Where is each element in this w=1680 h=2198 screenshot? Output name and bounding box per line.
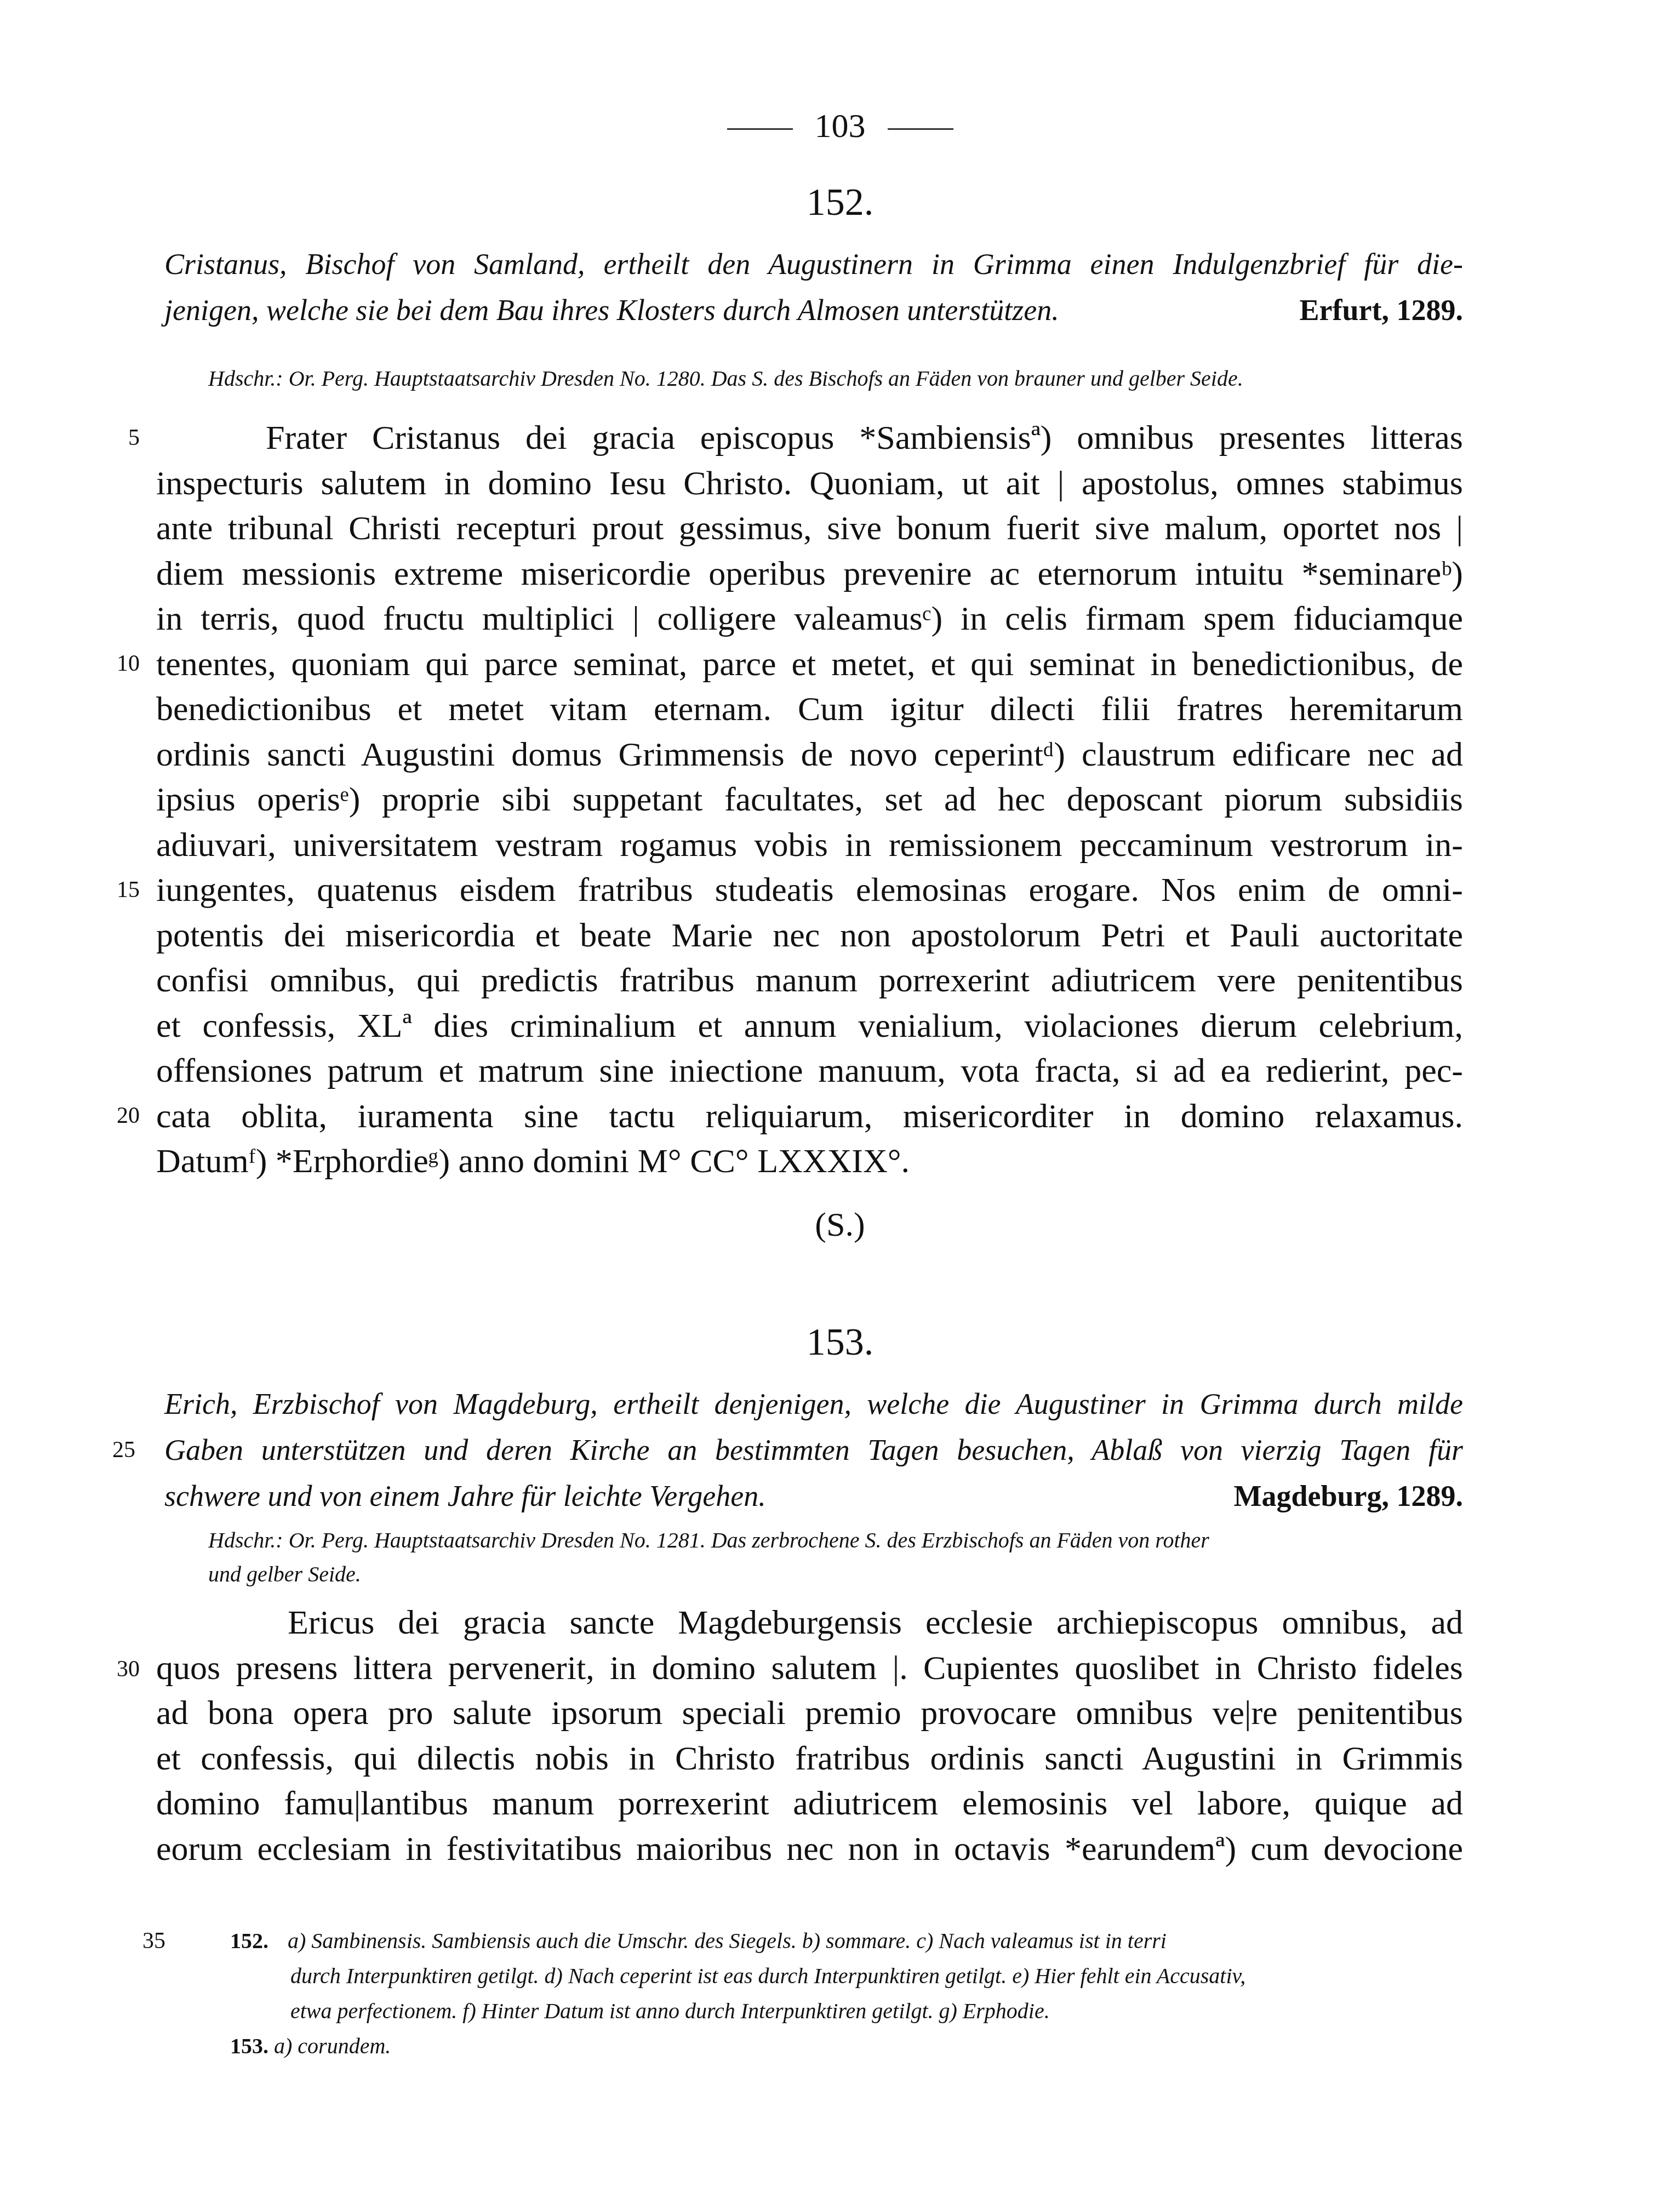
text-line: potentis dei misericordia et beate Marie… (156, 913, 1463, 958)
footnotes: 35 152. a) Sambinensis. Sambiensis auch … (164, 1923, 1463, 2064)
regest-line: Cristanus, Bischof von Samland, ertheilt… (164, 241, 1463, 287)
text-line: ad bona opera pro salute ipsorum special… (156, 1691, 1463, 1736)
place-date: Magdeburg, 1289. (1234, 1473, 1464, 1519)
footnote-line: 152. a) Sambinensis. Sambiensis auch die… (164, 1923, 1463, 1959)
footnote-text: a) corundem. (274, 2034, 391, 2058)
line-number: 10 (107, 641, 140, 687)
footnote-line: 153. a) corundem. (164, 2029, 1463, 2064)
text-line: Ericus dei gracia sancte Magdeburgensis … (156, 1600, 1463, 1646)
document-page: 103 152. Cristanus, Bischof von Samland,… (0, 0, 1680, 2198)
page-number: 103 (0, 107, 1680, 146)
line-number: 25 (112, 1427, 135, 1473)
text-line: confisi omnibus, qui predictis fratribus… (156, 958, 1463, 1003)
doc-153-regest: 25 Erich, Erzbischof von Magdeburg, erth… (164, 1381, 1463, 1519)
footnote-label: 153. (230, 2034, 268, 2058)
text-line: ante tribunal Christi recepturi prout ge… (156, 506, 1463, 551)
rule-left (727, 128, 793, 130)
text-line: Datumᶠ) *Erphordieᵍ) anno domini M° CC° … (156, 1139, 1463, 1184)
text-line: diem messionis extreme misericordie oper… (156, 551, 1463, 597)
text-line: domino famu|lantibus manum porrexerint a… (156, 1781, 1463, 1826)
doc-152-number: 152. (0, 181, 1680, 225)
text-line: iungentes, quatenus eisdem fratribus stu… (156, 867, 1463, 913)
note-line: und gelber Seide. (208, 1557, 1463, 1591)
text-line: benedictionibus et metet vitam eternam. … (156, 687, 1463, 732)
doc-152-text: 5 10 15 20 Frater Cristanus dei gracia e… (156, 415, 1463, 1184)
text-line: adiuvari, universitatem vestram rogamus … (156, 823, 1463, 868)
text-line: quos presens littera pervenerit, in domi… (156, 1646, 1463, 1691)
text-line: ipsius operisᵉ) proprie sibi suppetant f… (156, 777, 1463, 823)
text-line: Frater Cristanus dei gracia episcopus *S… (156, 415, 1463, 461)
text-line: et confessis, qui dilectis nobis in Chri… (156, 1736, 1463, 1782)
text-line: et confessis, XLª dies criminalium et an… (156, 1003, 1463, 1049)
line-number: 35 (142, 1923, 165, 1959)
doc-153-manuscript-note: Hdschr.: Or. Perg. Hauptstaatsarchiv Dre… (208, 1523, 1463, 1591)
footnote-text: durch Interpunktiren getilgt. d) Nach ce… (164, 1959, 1463, 1994)
text-line: tenentes, quoniam qui parce seminat, par… (156, 642, 1463, 687)
place-date: Erfurt, 1289. (1300, 287, 1463, 333)
regest-line: Gaben unterstützen und deren Kirche an b… (164, 1427, 1463, 1473)
footnote-label: 152. (230, 1923, 268, 1959)
footnote-text: a) Sambinensis. Sambiensis auch die Umsc… (227, 1928, 1167, 1953)
regest-line: Erich, Erzbischof von Magdeburg, ertheil… (164, 1381, 1463, 1427)
text-line: inspecturis salutem in domino Iesu Chris… (156, 461, 1463, 506)
doc-152-manuscript-note: Hdschr.: Or. Perg. Hauptstaatsarchiv Dre… (208, 362, 1463, 396)
doc-152-regest: Cristanus, Bischof von Samland, ertheilt… (164, 241, 1463, 333)
line-number: 30 (107, 1647, 140, 1692)
note-line: Hdschr.: Or. Perg. Hauptstaatsarchiv Dre… (208, 1523, 1463, 1557)
text-line: cata oblita, iuramenta sine tactu reliqu… (156, 1094, 1463, 1139)
regest-line: jenigen, welche sie bei dem Bau ihres Kl… (164, 294, 1059, 327)
text-line: ordinis sancti Augustini domus Grimmensi… (156, 732, 1463, 778)
doc-153-text: 30 Ericus dei gracia sancte Magdeburgens… (156, 1600, 1463, 1871)
line-number: 15 (107, 867, 140, 913)
text-line: in terris, quod fructu multiplici | coll… (156, 596, 1463, 642)
line-number: 5 (107, 415, 140, 461)
doc-153-number: 153. (0, 1321, 1680, 1365)
line-number: 20 (107, 1093, 140, 1139)
text-line: offensiones patrum et matrum sine iniect… (156, 1048, 1463, 1094)
footnote-text: etwa perfectionem. f) Hinter Datum ist a… (164, 1994, 1463, 2029)
seal-mark: (S.) (0, 1206, 1680, 1244)
text-line: eorum ecclesiam in festivitatibus maiori… (156, 1826, 1463, 1872)
regest-line: schwere und von einem Jahre für leichte … (164, 1480, 766, 1512)
rule-right (888, 128, 953, 130)
